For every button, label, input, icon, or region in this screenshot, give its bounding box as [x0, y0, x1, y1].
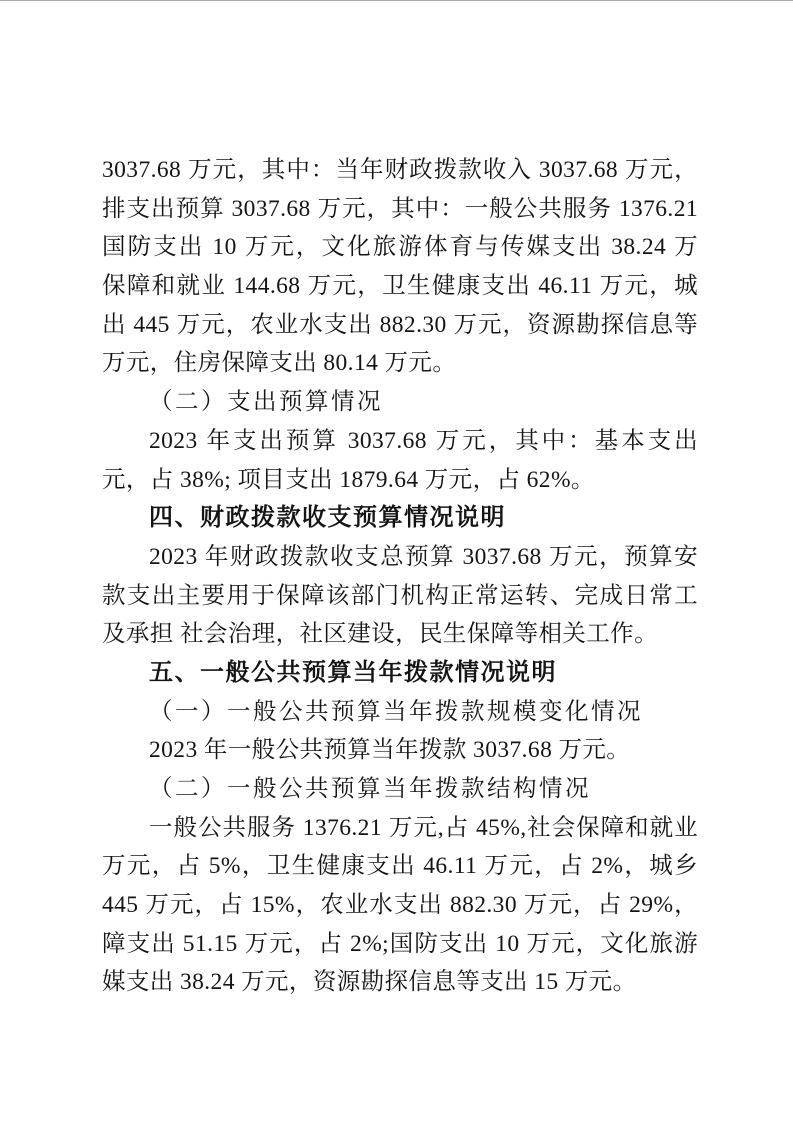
body-text-line: 万元，占 5%，卫生健康支出 46.11 万元，占 2%，城乡社区支出 — [102, 847, 698, 886]
body-text-line: 2023 年财政拨款收支总预算 3037.68 万元，预算安排财政拨 — [102, 538, 698, 577]
body-text-line: 款支出主要用于保障该部门机构正常运转、完成日常工作任务以 — [102, 577, 698, 616]
body-text-line: 排支出预算 3037.68 万元，其中：一般公共服务 1376.21 万元， — [102, 190, 698, 229]
body-text-line: 保障和就业 144.68 万元，卫生健康支出 46.11 万元，城乡社区支 — [102, 267, 698, 306]
body-text-line: 出 445 万元，农业水支出 882.30 万元，资源勘探信息等支出 15 — [102, 306, 698, 345]
body-text-line: 元，占 38%; 项目支出 1879.64 万元，占 62%。 — [102, 461, 698, 500]
body-text-line: 445 万元，占 15%，农业水支出 882.30 万元，占 29%，住房保 — [102, 886, 698, 925]
body-text-line: 国防支出 10 万元，文化旅游体育与传媒支出 38.24 万元，社会 — [102, 228, 698, 267]
body-text-line: 3037.68 万元，其中：当年财政拨款收入 3037.68 万元，相应安 — [102, 151, 698, 190]
subsection-heading: （二）支出预算情况 — [102, 383, 698, 422]
section-heading: 五、一般公共预算当年拨款情况说明 — [102, 654, 698, 693]
body-text-line: 障支出 51.15 万元，占 2%;国防支出 10 万元，文化旅游体育与传 — [102, 925, 698, 964]
body-text-line: 2023 年一般公共预算当年拨款 3037.68 万元。 — [102, 731, 698, 770]
subsection-heading: （一）一般公共预算当年拨款规模变化情况 — [102, 693, 698, 732]
body-text-line: 及承担 社会治理，社区建设，民生保障等相关工作。 — [102, 615, 698, 654]
section-heading: 四、财政拨款收支预算情况说明 — [102, 499, 698, 538]
subsection-heading: （二）一般公共预算当年拨款结构情况 — [102, 770, 698, 809]
body-text-line: 媒支出 38.24 万元，资源勘探信息等支出 15 万元。 — [102, 963, 698, 1002]
text-block: 3037.68 万元，其中：当年财政拨款收入 3037.68 万元，相应安 排支… — [102, 151, 698, 1002]
body-text-line: 万元，住房保障支出 80.14 万元。 — [102, 344, 698, 383]
body-text-line: 一般公共服务 1376.21 万元,占 45%,社会保障和就业 144.68 — [102, 809, 698, 848]
body-text-line: 2023 年支出预算 3037.68 万元，其中：基本支出 1158.03 万 — [102, 422, 698, 461]
document-page: 3037.68 万元，其中：当年财政拨款收入 3037.68 万元，相应安 排支… — [0, 0, 793, 1122]
